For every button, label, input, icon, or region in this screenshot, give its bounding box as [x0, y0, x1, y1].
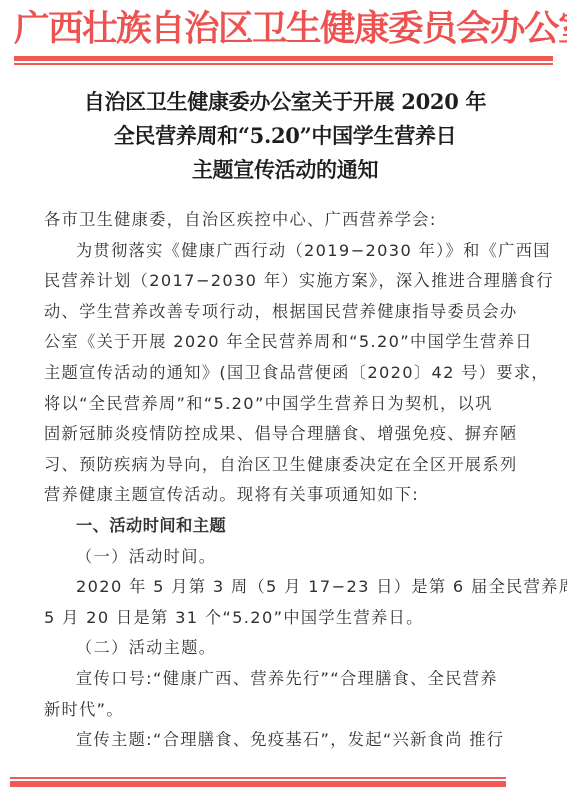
slogan-line: 新时代”。 — [44, 695, 524, 726]
subsection-heading-time: （一）活动时间。 — [44, 542, 524, 573]
subsection-heading-theme: （二）活动主题。 — [44, 633, 524, 664]
masthead-rule-thick — [14, 56, 553, 61]
theme-line: 宣传主题:“合理膳食、免疫基石”，发起“兴新食尚 推行 — [44, 725, 524, 756]
watermark: fwrpb.c — [487, 786, 538, 800]
intro-line: 固新冠肺炎疫情防控成果、倡导合理膳食、增强免疫、摒弃陋 — [44, 419, 524, 450]
recipients: 各市卫生健康委，自治区疾控中心、广西营养学会: — [44, 205, 524, 236]
section-heading-1: 一、活动时间和主题 — [44, 511, 524, 542]
intro-line: 为贯彻落实《健康广西行动（2019−2030 年）》和《广西国 — [44, 236, 524, 267]
intro-line: 主题宣传活动的通知》(国卫食品营便函〔2020〕42 号）要求， — [44, 358, 524, 389]
document-body: 各市卫生健康委，自治区疾控中心、广西营养学会: 为贯彻落实《健康广西行动（201… — [44, 205, 524, 756]
title-line-1: 自治区卫生健康委办公室关于开展 2020 年 — [40, 85, 530, 119]
time-line: 2020 年 5 月第 3 周（5 月 17−23 日）是第 6 届全民营养周; — [44, 572, 524, 603]
title-line-3: 主题宣传活动的通知 — [40, 153, 530, 187]
intro-line: 公室《关于开展 2020 年全民营养周和“5.20”中国学生营养日 — [44, 327, 524, 358]
time-line: 5 月 20 日是第 31 个“5.20”中国学生营养日。 — [44, 603, 524, 634]
intro-line: 营养健康主题宣传活动。现将有关事项通知如下: — [44, 480, 524, 511]
intro-line: 将以“全民营养周”和“5.20”中国学生营养日为契机，以巩 — [44, 389, 524, 420]
title-line-2: 全民营养周和“5.20”中国学生营养日 — [40, 119, 530, 153]
intro-line: 动、学生营养改善专项行动，根据国民营养健康指导委员会办 — [44, 297, 524, 328]
intro-line: 民营养计划（2017−2030 年）实施方案》，深入推进合理膳食行 — [44, 266, 524, 297]
footer-rule-thick — [10, 781, 506, 787]
masthead-rule-thin — [14, 63, 553, 65]
intro-line: 习、预防疾病为导向，自治区卫生健康委决定在全区开展系列 — [44, 450, 524, 481]
footer-rule-thin — [10, 777, 506, 779]
issuer-masthead: 广西壮族自治区卫生健康委员会办公室 — [14, 4, 554, 54]
slogan-line: 宣传口号:“健康广西、营养先行”“合理膳食、全民营养 — [44, 664, 524, 695]
